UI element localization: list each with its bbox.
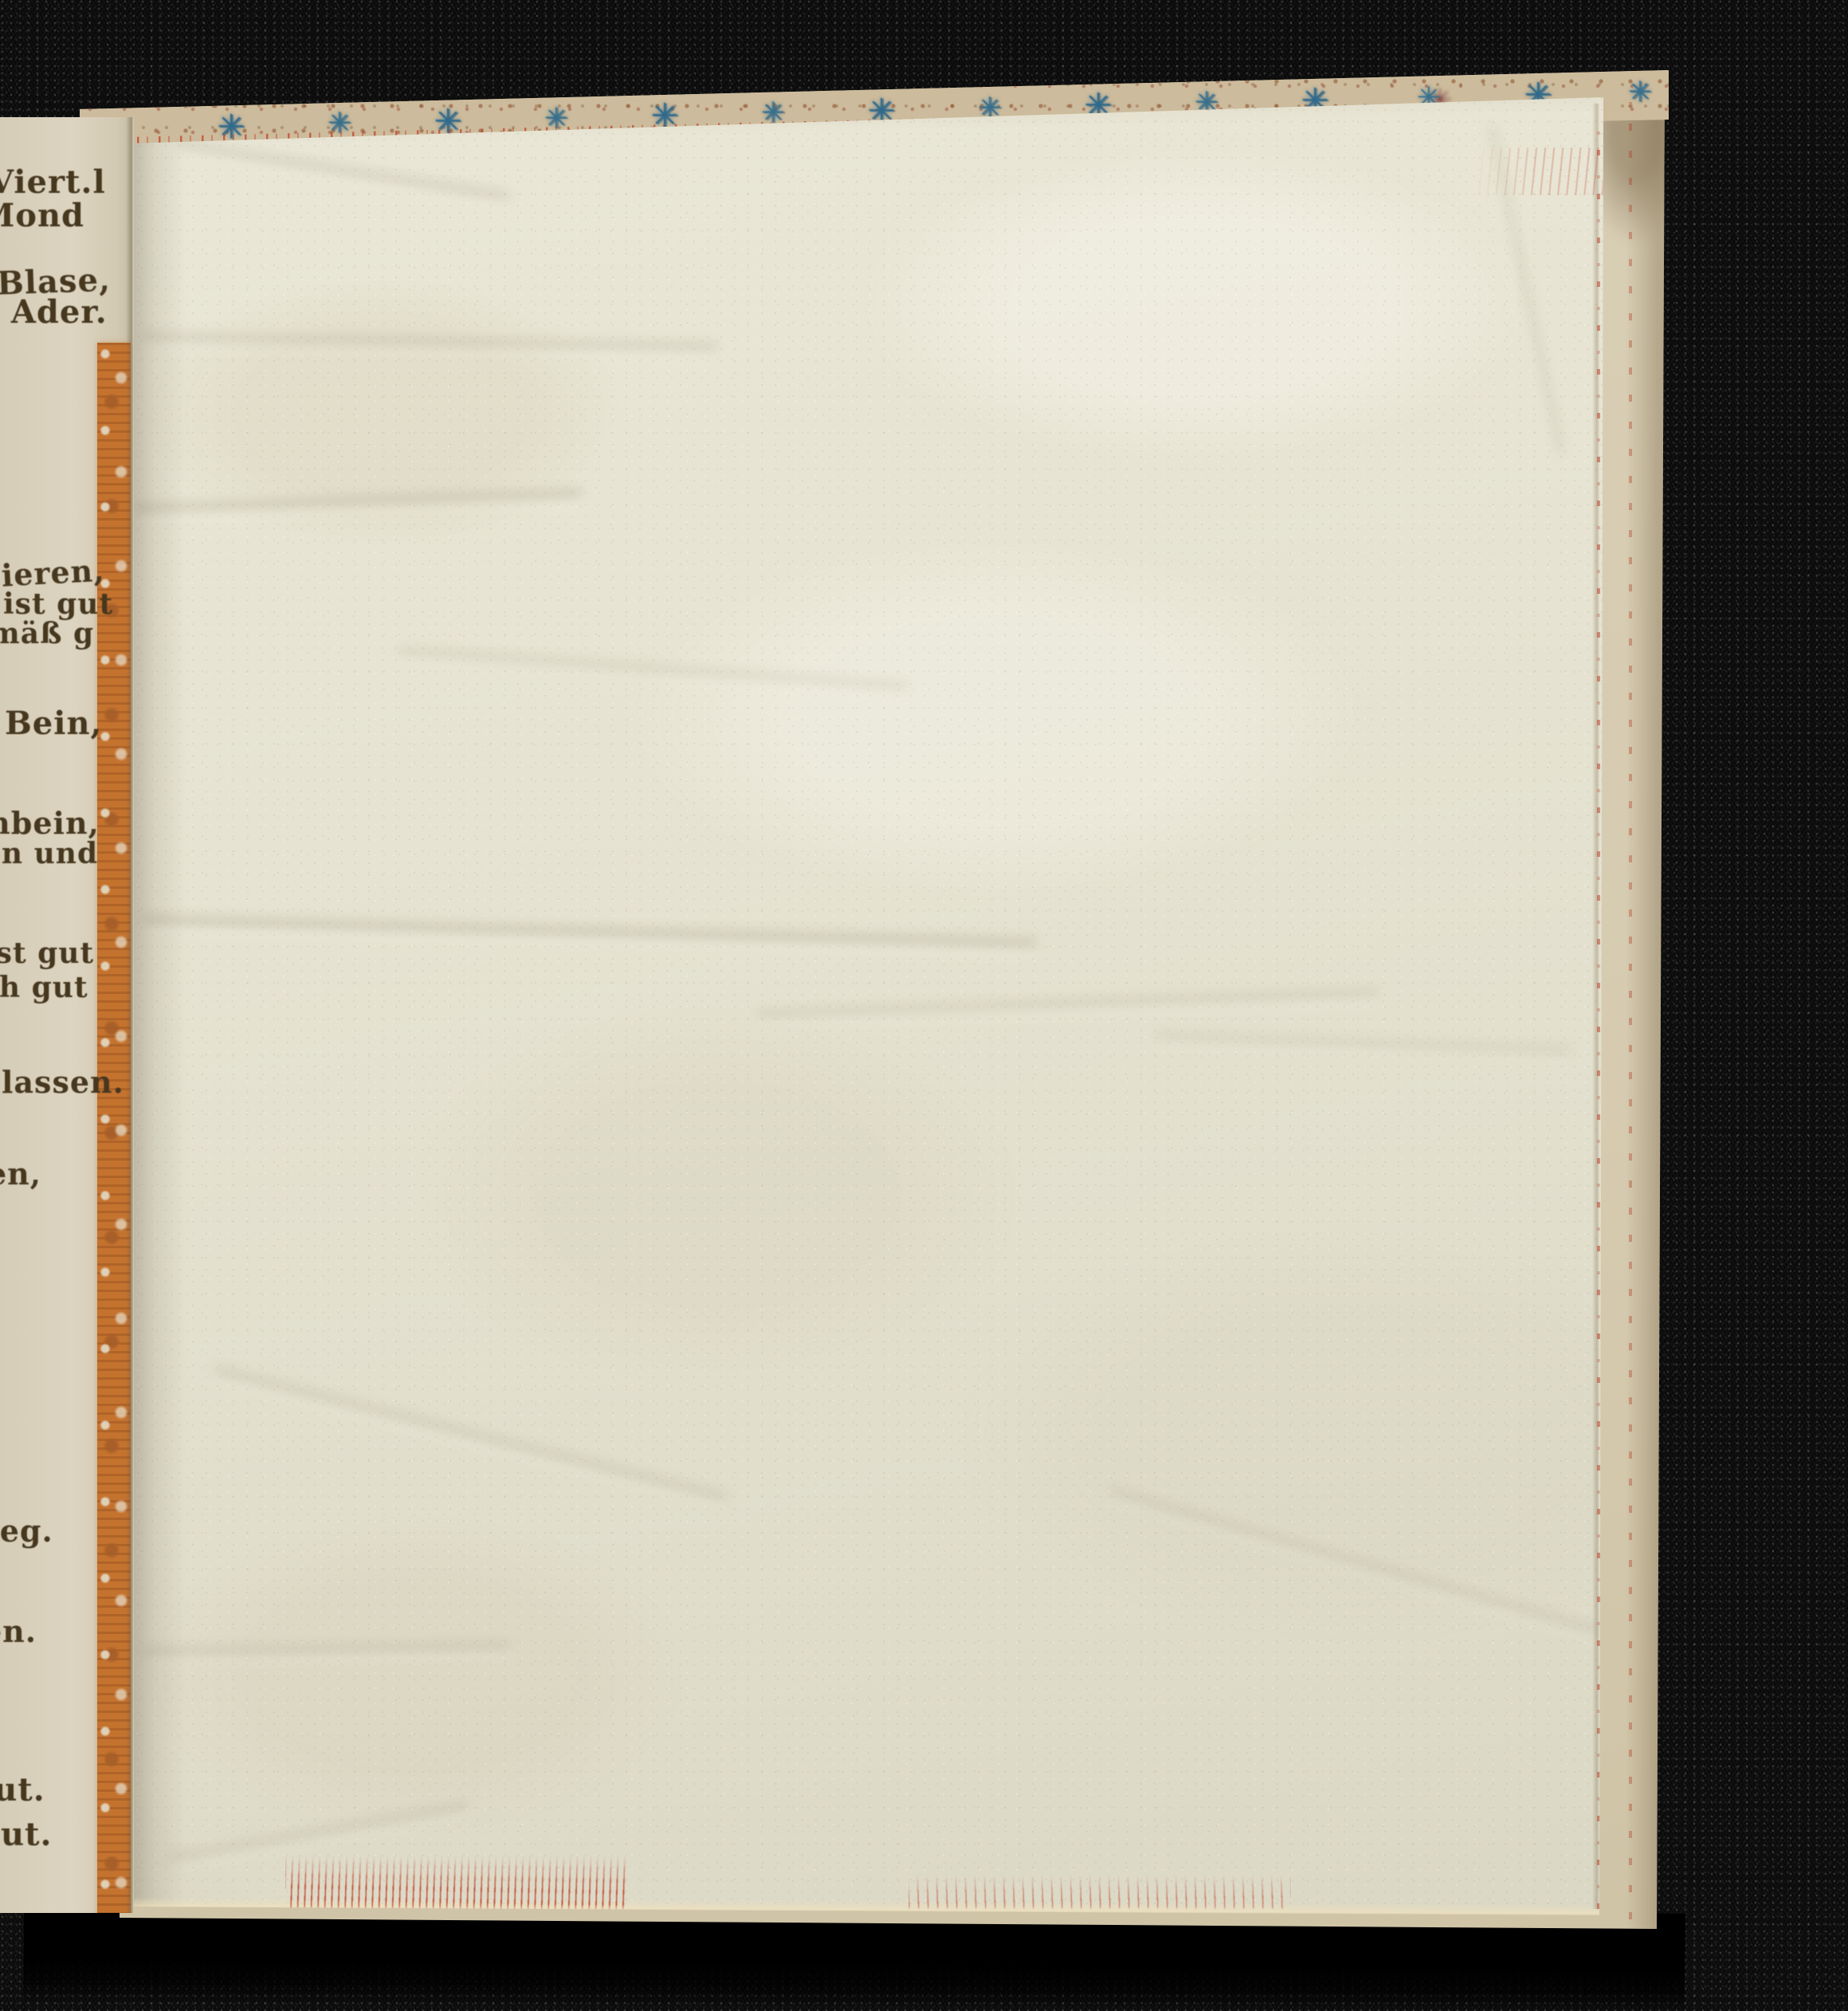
- text-fragment: d Ader.: [0, 293, 108, 331]
- blank-page: [0, 0, 1848, 2011]
- text-fragment: gut.: [0, 1816, 52, 1853]
- previous-page-edge: Viert.l Mond Blase, d Ader. Nieren, ist …: [0, 117, 134, 1913]
- text-fragment: Bein,: [5, 705, 102, 742]
- text-fragment: Mond: [0, 197, 84, 234]
- book-scan: ✳ ✳ ✳ ✳ ✳ ✳ ✳ ✳ ✳ ✳ ✳ ✳ ✳ ✳: [0, 0, 1848, 2011]
- red-edge-speckles: [1629, 102, 1632, 1919]
- text-fragment: enbein,: [0, 805, 100, 841]
- text-fragment: lut.: [0, 1771, 45, 1809]
- text-fragment: en und: [0, 837, 98, 870]
- text-fragment: ist gut: [3, 587, 113, 621]
- text-fragment: ch gut: [0, 971, 88, 1004]
- text-fragment: Viert.l: [0, 163, 106, 201]
- text-fragment: en.: [0, 1613, 37, 1649]
- text-fragment: lmäß g: [0, 617, 94, 650]
- text-fragment: ist gut: [0, 937, 94, 970]
- red-edge-speckles: [285, 1856, 628, 1911]
- text-fragment: weg.: [0, 1513, 53, 1549]
- red-edge-speckles: [1597, 112, 1600, 1909]
- gutter-fold-line: [126, 117, 134, 1913]
- gutter-shadow: [130, 96, 186, 1921]
- text-fragment: lassen.: [2, 1064, 124, 1100]
- red-edge-speckles: [908, 1875, 1291, 1910]
- text-fragment: en,: [0, 1156, 41, 1192]
